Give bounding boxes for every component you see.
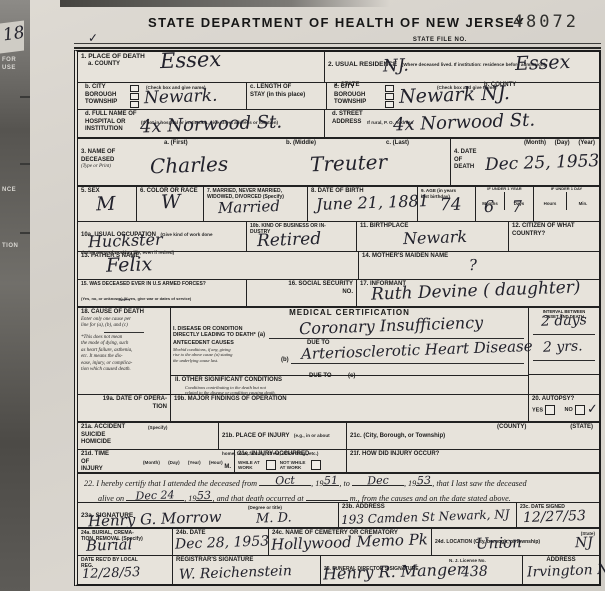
certify-year3-blank: 53 [196, 491, 212, 501]
interval-column: INTERVAL BETWEEN ONSET AND DEATH 2 days … [528, 308, 599, 394]
handwritten-burial-date: Dec 28, 1953 [175, 534, 270, 551]
handwritten-city: Newark. [144, 88, 218, 108]
handwritten-location: Union [476, 535, 522, 552]
line-c-label: (c) [348, 373, 355, 379]
field-social-security-no: 16. SOCIAL SECURITY NO. [246, 280, 356, 306]
state-label: (STATE) [570, 424, 593, 432]
certificate-paper: STATE DEPARTMENT OF HEALTH OF NEW JERSEY… [30, 0, 605, 591]
field-sex: 5. SEX M [78, 187, 136, 221]
field-label: 16. SOCIAL SECURITY NO. [250, 281, 353, 296]
certify-to-blank: Dec [352, 476, 404, 486]
handwritten-degree: M. D. [256, 511, 292, 525]
certify-hour-blank [306, 491, 348, 501]
field-injury-occurred: 21e. INJURY OCCURRED WHILE AT WORK NOT W… [234, 450, 346, 472]
strip-fragment: TION [2, 243, 18, 249]
field-age-under-one-year: IF UNDER 1 YEAR Months Days 6 7 [475, 187, 533, 221]
autopsy-no-checkbox [575, 405, 585, 415]
handwritten-date-of-birth: June 21, 1881 [316, 193, 429, 213]
autopsy-no-check-icon: ✓ [587, 403, 598, 416]
column-headers-date: (Month) (Day) (Year) [524, 140, 595, 148]
handwritten-address: 4x Norwood St. [140, 114, 283, 137]
field-kind-of-business: 10b. KIND OF BUSINESS OR IN- DUSTRY Reti… [246, 222, 356, 251]
handwritten-father: Felix [106, 255, 153, 276]
handwritten-last-name: Treuter [310, 152, 388, 175]
field-label: 3. NAME OF DECEASED [81, 149, 447, 164]
field-street-address: d. STREET ADDRESS If rural, P. O. Addres… [324, 110, 599, 137]
handwritten-fd-address: Irvington NJ [527, 562, 605, 579]
field-hint: (Yes, no, or unknown) (If yes, give war … [81, 296, 191, 301]
county-label: (COUNTY) [497, 424, 526, 432]
field-date-of-operation: 19a. DATE OF OPERA- TION [78, 395, 170, 421]
scan-left-edge: FOR USE NCE TION [0, 0, 30, 591]
handwritten-from-month: Oct [275, 474, 295, 488]
field-autopsy: 20. AUTOPSY? YES NO ✓ [528, 395, 599, 421]
form-title: STATE DEPARTMENT OF HEALTH OF NEW JERSEY [148, 15, 525, 30]
field-label: 15. WAS DECEASED EVER IN U.S ARMED FORCE… [81, 281, 243, 287]
handwritten-year: 51 [324, 474, 338, 487]
field-hint: (Type or Print) [81, 164, 447, 171]
certification-statement: 22. I hereby certify that I attended the… [78, 474, 599, 502]
field-note: Enter only one cause per line for (a), (… [81, 317, 167, 330]
meridiem-label: M. [224, 464, 231, 472]
field-date-received: DATE REC'D BY LOCAL REG. 12/28/53 [78, 556, 172, 584]
strip-fragment: NCE [2, 187, 16, 193]
column-header-first: a. (First) [164, 140, 188, 148]
field-physician-address: 23b. ADDRESS 193 Camden St Newark, NJ [338, 503, 516, 527]
field-label: 21b. PLACE OF INJURY [222, 433, 289, 439]
handwritten-cause-a: Coronary Insufficiency [299, 315, 484, 337]
field-physician-signature: 23a. SIGNATURE (Degree or title) Henry G… [78, 503, 338, 527]
handwritten-address: 4x Norwood St. [393, 112, 536, 135]
field-date-of-death: (Month) (Day) (Year) 4. DATE OF DEATH De… [450, 139, 599, 185]
due-to-label: DUE TO [309, 373, 332, 379]
cause-line-c: DUE TO (c) [171, 364, 528, 375]
subfield-minutes: Min. [566, 192, 599, 210]
field-cause-of-death: 18. CAUSE OF DEATH Enter only one cause … [78, 308, 170, 394]
not-while-at-work-checkbox [311, 460, 321, 470]
handwritten-city: Newark NJ. [399, 84, 511, 107]
field-label: 12. CITIZEN OF WHAT COUNTRY? [512, 223, 596, 238]
field-citizen-of: 12. CITIZEN OF WHAT COUNTRY? [508, 222, 599, 251]
state-file-number: 48072 [513, 12, 579, 32]
handwritten-months: 6 [484, 199, 495, 215]
field-fathers-name: 13. FATHER'S NAME Felix [78, 252, 358, 279]
handwritten-date-received: 12/28/53 [82, 566, 141, 581]
handwritten-interval-a: 2 days [541, 313, 587, 329]
handwritten-occupation: Huckster [88, 232, 163, 251]
field-place-of-death: 1. PLACE OF DEATH a. COUNTY Essex [78, 52, 324, 82]
time-column-headers: (Month) (Day) (Year) (Hour) [143, 460, 223, 465]
handwritten-registrar-signature: W. Reichenstein [179, 564, 292, 582]
field-label: d. STREET ADDRESS [332, 111, 363, 126]
field-label: 18. CAUSE OF DEATH [81, 309, 167, 317]
field-note: *This does not mean the mode of dying, s… [81, 335, 167, 374]
handwritten-cemetery: Hollywood Memo Pk [271, 532, 428, 552]
subfield-hours: Hours [534, 192, 566, 210]
field-injury-location: 21c. (City, Borough, or Township) (COUNT… [346, 423, 599, 449]
handwritten-age: 74 [440, 197, 462, 215]
handwritten-funeral-director: Henry R. Manger [323, 562, 465, 583]
field-label: c. LENGTH OF STAY (in this place) [250, 84, 323, 99]
certificate-form: 1. PLACE OF DEATH a. COUNTY Essex 2. USU… [74, 50, 601, 586]
handwritten-location-state: NJ [575, 536, 593, 551]
certify-alive-blank: Dec 24 [126, 491, 184, 501]
certify-text: , to [339, 479, 349, 488]
handwritten-check-mark: ✓ [88, 32, 98, 44]
handwritten-burial: Burial [86, 537, 133, 554]
checkbox-stack [385, 85, 394, 109]
field-how-injury-occurred: 21f. HOW DID INJURY OCCUR? [346, 450, 599, 472]
not-while-at-work-label: NOT WHILE AT WORK [280, 460, 306, 471]
handwritten-interval-b: 2 yrs. [543, 339, 583, 354]
handwritten-armed-forces: — [118, 293, 130, 305]
field-name-of-deceased: a. (First) b. (Middle) c. (Last) 3. NAME… [78, 139, 450, 185]
field-time-of-injury: 21d. TIME OF INJURY (Month) (Day) (Year)… [78, 450, 234, 472]
field-age-under-one-day: IF UNDER 1 DAY Hours Min. [533, 187, 599, 221]
column-header-middle: b. (Middle) [286, 140, 316, 148]
field-mothers-maiden-name: 14. MOTHER'S MAIDEN NAME ? [358, 252, 599, 279]
handwritten-year: 53 [197, 489, 211, 502]
field-color-or-race: 6. COLOR OR RACE W [136, 187, 203, 221]
handwritten-business: Retired [257, 231, 322, 250]
handwritten-sex: M [96, 195, 116, 215]
field-date-of-birth: 8. DATE OF BIRTH June 21, 1881 [307, 187, 417, 221]
certify-year1-blank: 51 [323, 476, 339, 486]
field-note: Morbid conditions, if any, giving rise t… [173, 347, 281, 364]
handwritten-marital: Married [218, 199, 280, 216]
handwritten-days: 7 [512, 199, 523, 215]
field-label: 14. MOTHER'S MAIDEN NAME [362, 253, 596, 261]
field-label: Hours [544, 201, 557, 206]
field-usual-occupation: 10a. USUAL OCCUPATION (Give kind of work… [78, 222, 246, 251]
field-cemetery-location: 24d. LOCATION (City, borough, or townshi… [431, 529, 599, 555]
certify-text: 22. I hereby certify that I attended the… [84, 479, 257, 488]
field-hospital: d. FULL NAME OF HOSPITAL OR INSTITUTION … [78, 110, 324, 137]
field-birthplace: 11. BIRTHPLACE Newark [356, 222, 508, 251]
handwritten-corner-mark: 18 [2, 25, 26, 45]
handwritten-to-month: Dec [367, 474, 389, 488]
field-label: 21c. (City, Borough, or Township) [350, 433, 445, 439]
checkbox-stack [130, 85, 139, 109]
column-header-last: c. (Last) [386, 140, 409, 148]
field-label: d. FULL NAME OF HOSPITAL OR INSTITUTION [85, 111, 137, 134]
certify-text: , 19 [311, 479, 323, 488]
handwritten-race: W [161, 193, 181, 213]
header-rule [74, 43, 601, 49]
field-informant: 17. INFORMANT Ruth Devine ( daughter) [356, 280, 599, 306]
cause-line-b: ANTECEDENT CAUSES Morbid conditions, if … [171, 339, 528, 364]
cause-line-a: I. DISEASE OR CONDITION DIRECTLY LEADING… [171, 318, 528, 339]
strip-fragment: USE [2, 65, 16, 71]
interval-separator [529, 374, 599, 375]
field-funeral-director: 25. FUNERAL DIRECTOR'S SIGNATURE N. J. L… [320, 556, 522, 584]
field-label: 19b. MAJOR FINDINGS OF OPERATION [174, 396, 525, 404]
line-a-label: (a) [258, 332, 265, 340]
field-label: Min. [579, 201, 588, 206]
field-burial-type: 24a. BURIAL, CREMA- TION, REMOVAL (Speci… [78, 529, 172, 555]
handwritten-county: Essex [515, 53, 571, 74]
scanned-death-certificate: FOR USE NCE TION 18 STATE DEPARTMENT OF … [0, 0, 605, 591]
field-label: I. DISEASE OR CONDITION DIRECTLY LEADING… [173, 326, 256, 340]
field-usual-residence: 2. USUAL RESIDENCE (Where deceased lived… [324, 52, 599, 82]
handwritten-date-signed: 12/27/53 [523, 509, 586, 525]
field-marital-status: 7. MARRIED, NEVER MARRIED, WIDOWED, DIVO… [203, 187, 307, 221]
handwritten-informant: Ruth Devine ( daughter) [371, 279, 581, 303]
field-label: 21e. INJURY OCCURRED [238, 451, 343, 459]
autopsy-yes-checkbox [545, 405, 555, 415]
field-registrar-signature: REGISTRAR'S SIGNATURE W. Reichenstein [172, 556, 320, 584]
certify-text: , that I last saw the deceased [432, 479, 526, 488]
strip-fragment: FOR [2, 57, 16, 63]
field-pod-city: b. CITY BOROUGH TOWNSHIP (Check box and … [78, 83, 246, 109]
handwritten-birthplace: Newark [403, 229, 468, 247]
handwritten-county: Essex [160, 49, 222, 72]
handwritten-date-of-death: Dec 25, 1953 [485, 153, 600, 174]
scan-tear-shadow [60, 0, 390, 7]
autopsy-no-label: NO [565, 407, 573, 413]
field-major-findings: 19b. MAJOR FINDINGS OF OPERATION [170, 395, 528, 421]
certify-year2-blank: 53 [416, 476, 432, 486]
field-date-signed: 23c. DATE SIGNED 12/27/53 [516, 503, 599, 527]
line-b-label: (b) [281, 357, 289, 365]
field-hint: (Specify) [148, 425, 167, 431]
field-accident-suicide-homicide: 21a. ACCIDENT SUICIDE HOMICIDE (Specify) [78, 423, 218, 449]
field-res-city: c. CITY BOROUGH TOWNSHIP (Check box and … [326, 83, 599, 109]
field-label: ANTECEDENT CAUSES [173, 340, 281, 347]
handwritten-year: 53 [417, 474, 431, 487]
field-hint: (Degree or title) [248, 505, 282, 511]
handwritten-state: NJ. [383, 58, 409, 76]
field-length-of-stay: c. LENGTH OF STAY (in this place) [246, 83, 326, 109]
while-at-work-checkbox [266, 460, 276, 470]
field-label: REGISTRAR'S SIGNATURE [176, 557, 317, 565]
field-label: 21d. TIME OF INJURY [81, 451, 109, 474]
medical-certification: MEDICAL CERTIFICATION I. DISEASE OR COND… [170, 308, 528, 394]
field-label: 21f. HOW DID INJURY OCCUR? [350, 451, 596, 459]
field-funeral-director-address: ADDRESS Irvington NJ [522, 556, 599, 584]
handwritten-first-name: Charles [150, 154, 229, 177]
handwritten-license-no: 438 [461, 565, 488, 580]
while-at-work-label: WHILE AT WORK [238, 460, 260, 471]
handwritten-last-seen-date: Dec 24 [135, 488, 174, 502]
field-armed-forces: 15. WAS DECEASED EVER IN U.S ARMED FORCE… [78, 280, 246, 306]
certify-text: , 19 [404, 479, 416, 488]
field-cemetery: 24c. NAME OF CEMETERY OR CREMATORY Holly… [268, 529, 431, 555]
field-label: 19a. DATE OF OPERA- TION [81, 396, 167, 411]
autopsy-yes-label: YES [532, 407, 543, 413]
certify-from-blank: Oct [259, 476, 311, 486]
field-place-of-injury: 21b. PLACE OF INJURY (e.g., in or about … [218, 423, 346, 449]
handwritten-mother: ? [469, 258, 478, 273]
field-burial-date: 24b. DATE Dec 28, 1953 [172, 529, 268, 555]
